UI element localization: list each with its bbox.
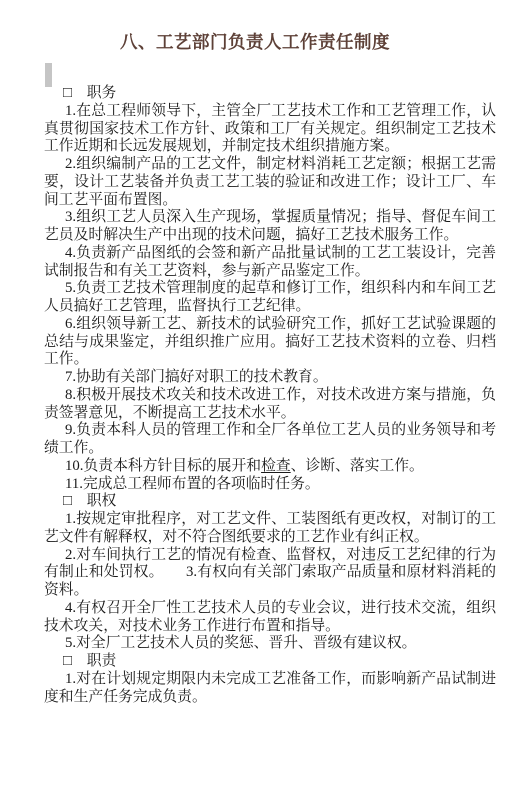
underlined-text: 检查 — [261, 458, 291, 474]
paragraph-text: 6.组织领导新工艺、新技术的试验研究工作，抓好工艺试验课题的总结与成果鉴定，并组… — [44, 316, 496, 368]
paragraph: 1.按规定审批程序，对工艺文件、工装图纸有更改权，对制订的工艺文件有解释权，对不… — [44, 511, 496, 547]
paragraph-text: 10.负责本科方针目标的展开和 — [65, 458, 261, 474]
document-page: 八、工艺部门负责人工作责任制度 □ 职务1.在总工程师领导下，主管全厂工艺技术工… — [0, 0, 510, 785]
section-heading-0: □ 职务 — [44, 85, 496, 103]
paragraph-text: 7.协助有关部门搞好对职工的技术教育。 — [65, 369, 328, 385]
paragraph: 10.负责本科方针目标的展开和检查、诊断、落实工作。 — [44, 458, 496, 476]
paragraph: 2.组织编制产品的工艺文件，制定材料消耗工艺定额；根据工艺需要，设计工艺装备并负… — [44, 156, 496, 209]
paragraph-text: 11.完成总工程师布置的各项临时任务。 — [65, 476, 320, 492]
paragraph: 1.对在计划规定期限内未完成工艺准备工作，而影响新产品试制进度和生产任务完成负责… — [44, 671, 496, 707]
section-heading-2: □ 职责 — [44, 653, 496, 671]
margin-marker-bar — [45, 63, 52, 87]
paragraph-text: 1.按规定审批程序，对工艺文件、工装图纸有更改权，对制订的工艺文件有解释权，对不… — [44, 511, 496, 545]
paragraph: 2.对车间执行工艺的情况有检查、监督权，对违反工艺纪律的行为有制止和处罚权。 3… — [44, 547, 496, 600]
paragraph: 5.对全厂工艺技术人员的奖惩、晋升、晋级有建议权。 — [44, 635, 496, 653]
paragraph-text: 2.对车间执行工艺的情况有检查、监督权，对违反工艺纪律的行为有制止和处罚权。 3… — [44, 547, 496, 599]
paragraph-text: 、诊断、落实工作。 — [291, 458, 424, 474]
paragraph: 8.积极开展技术攻关和技术改进工作，对技术改进方案与措施，负责签署意见，不断提高… — [44, 387, 496, 423]
paragraph: 4.负责新产品图纸的会签和新产品批量试制的工艺工装设计，完善试制报告和有关工艺资… — [44, 245, 496, 281]
paragraph: 1.在总工程师领导下，主管全厂工艺技术工作和工艺管理工作，认真贯彻国家技术工作方… — [44, 103, 496, 156]
paragraph: 11.完成总工程师布置的各项临时任务。 — [44, 476, 496, 494]
paragraph-text: 8.积极开展技术攻关和技术改进工作，对技术改进方案与措施，负责签署意见，不断提高… — [44, 387, 496, 421]
paragraph-text: 1.在总工程师领导下，主管全厂工艺技术工作和工艺管理工作，认真贯彻国家技术工作方… — [44, 103, 496, 155]
document-title: 八、工艺部门负责人工作责任制度 — [0, 0, 510, 53]
paragraph: 7.协助有关部门搞好对职工的技术教育。 — [44, 369, 496, 387]
paragraph: 6.组织领导新工艺、新技术的试验研究工作，抓好工艺试验课题的总结与成果鉴定，并组… — [44, 316, 496, 369]
paragraph: 3.组织工艺人员深入生产现场，掌握质量情况；指导、督促车间工艺员及时解决生产中出… — [44, 209, 496, 245]
paragraph-text: 4.有权召开全厂性工艺技术人员的专业会议，进行技术交流，组织技术攻关，对技术业务… — [44, 600, 496, 634]
paragraph: 4.有权召开全厂性工艺技术人员的专业会议，进行技术交流，组织技术攻关，对技术业务… — [44, 600, 496, 636]
paragraph-text: 3.组织工艺人员深入生产现场，掌握质量情况；指导、督促车间工艺员及时解决生产中出… — [44, 209, 496, 243]
paragraph-text: 5.对全厂工艺技术人员的奖惩、晋升、晋级有建议权。 — [65, 635, 416, 651]
paragraph-text: 4.负责新产品图纸的会签和新产品批量试制的工艺工装设计，完善试制报告和有关工艺资… — [44, 245, 496, 279]
paragraph-text: 9.负责本科人员的管理工作和全厂各单位工艺人员的业务领导和考绩工作。 — [44, 422, 496, 456]
paragraph-text: 1.对在计划规定期限内未完成工艺准备工作，而影响新产品试制进度和生产任务完成负责… — [44, 671, 496, 705]
paragraph-text: 5.负责工艺技术管理制度的起草和修订工作，组织科内和车间工艺人员搞好工艺管理，监… — [44, 280, 496, 314]
paragraph: 5.负责工艺技术管理制度的起草和修订工作，组织科内和车间工艺人员搞好工艺管理，监… — [44, 280, 496, 316]
section-heading-1: □ 职权 — [44, 493, 496, 511]
document-body: □ 职务1.在总工程师领导下，主管全厂工艺技术工作和工艺管理工作，认真贯彻国家技… — [44, 85, 496, 706]
paragraph-text: 2.组织编制产品的工艺文件，制定材料消耗工艺定额；根据工艺需要，设计工艺装备并负… — [44, 156, 496, 208]
paragraph: 9.负责本科人员的管理工作和全厂各单位工艺人员的业务领导和考绩工作。 — [44, 422, 496, 458]
